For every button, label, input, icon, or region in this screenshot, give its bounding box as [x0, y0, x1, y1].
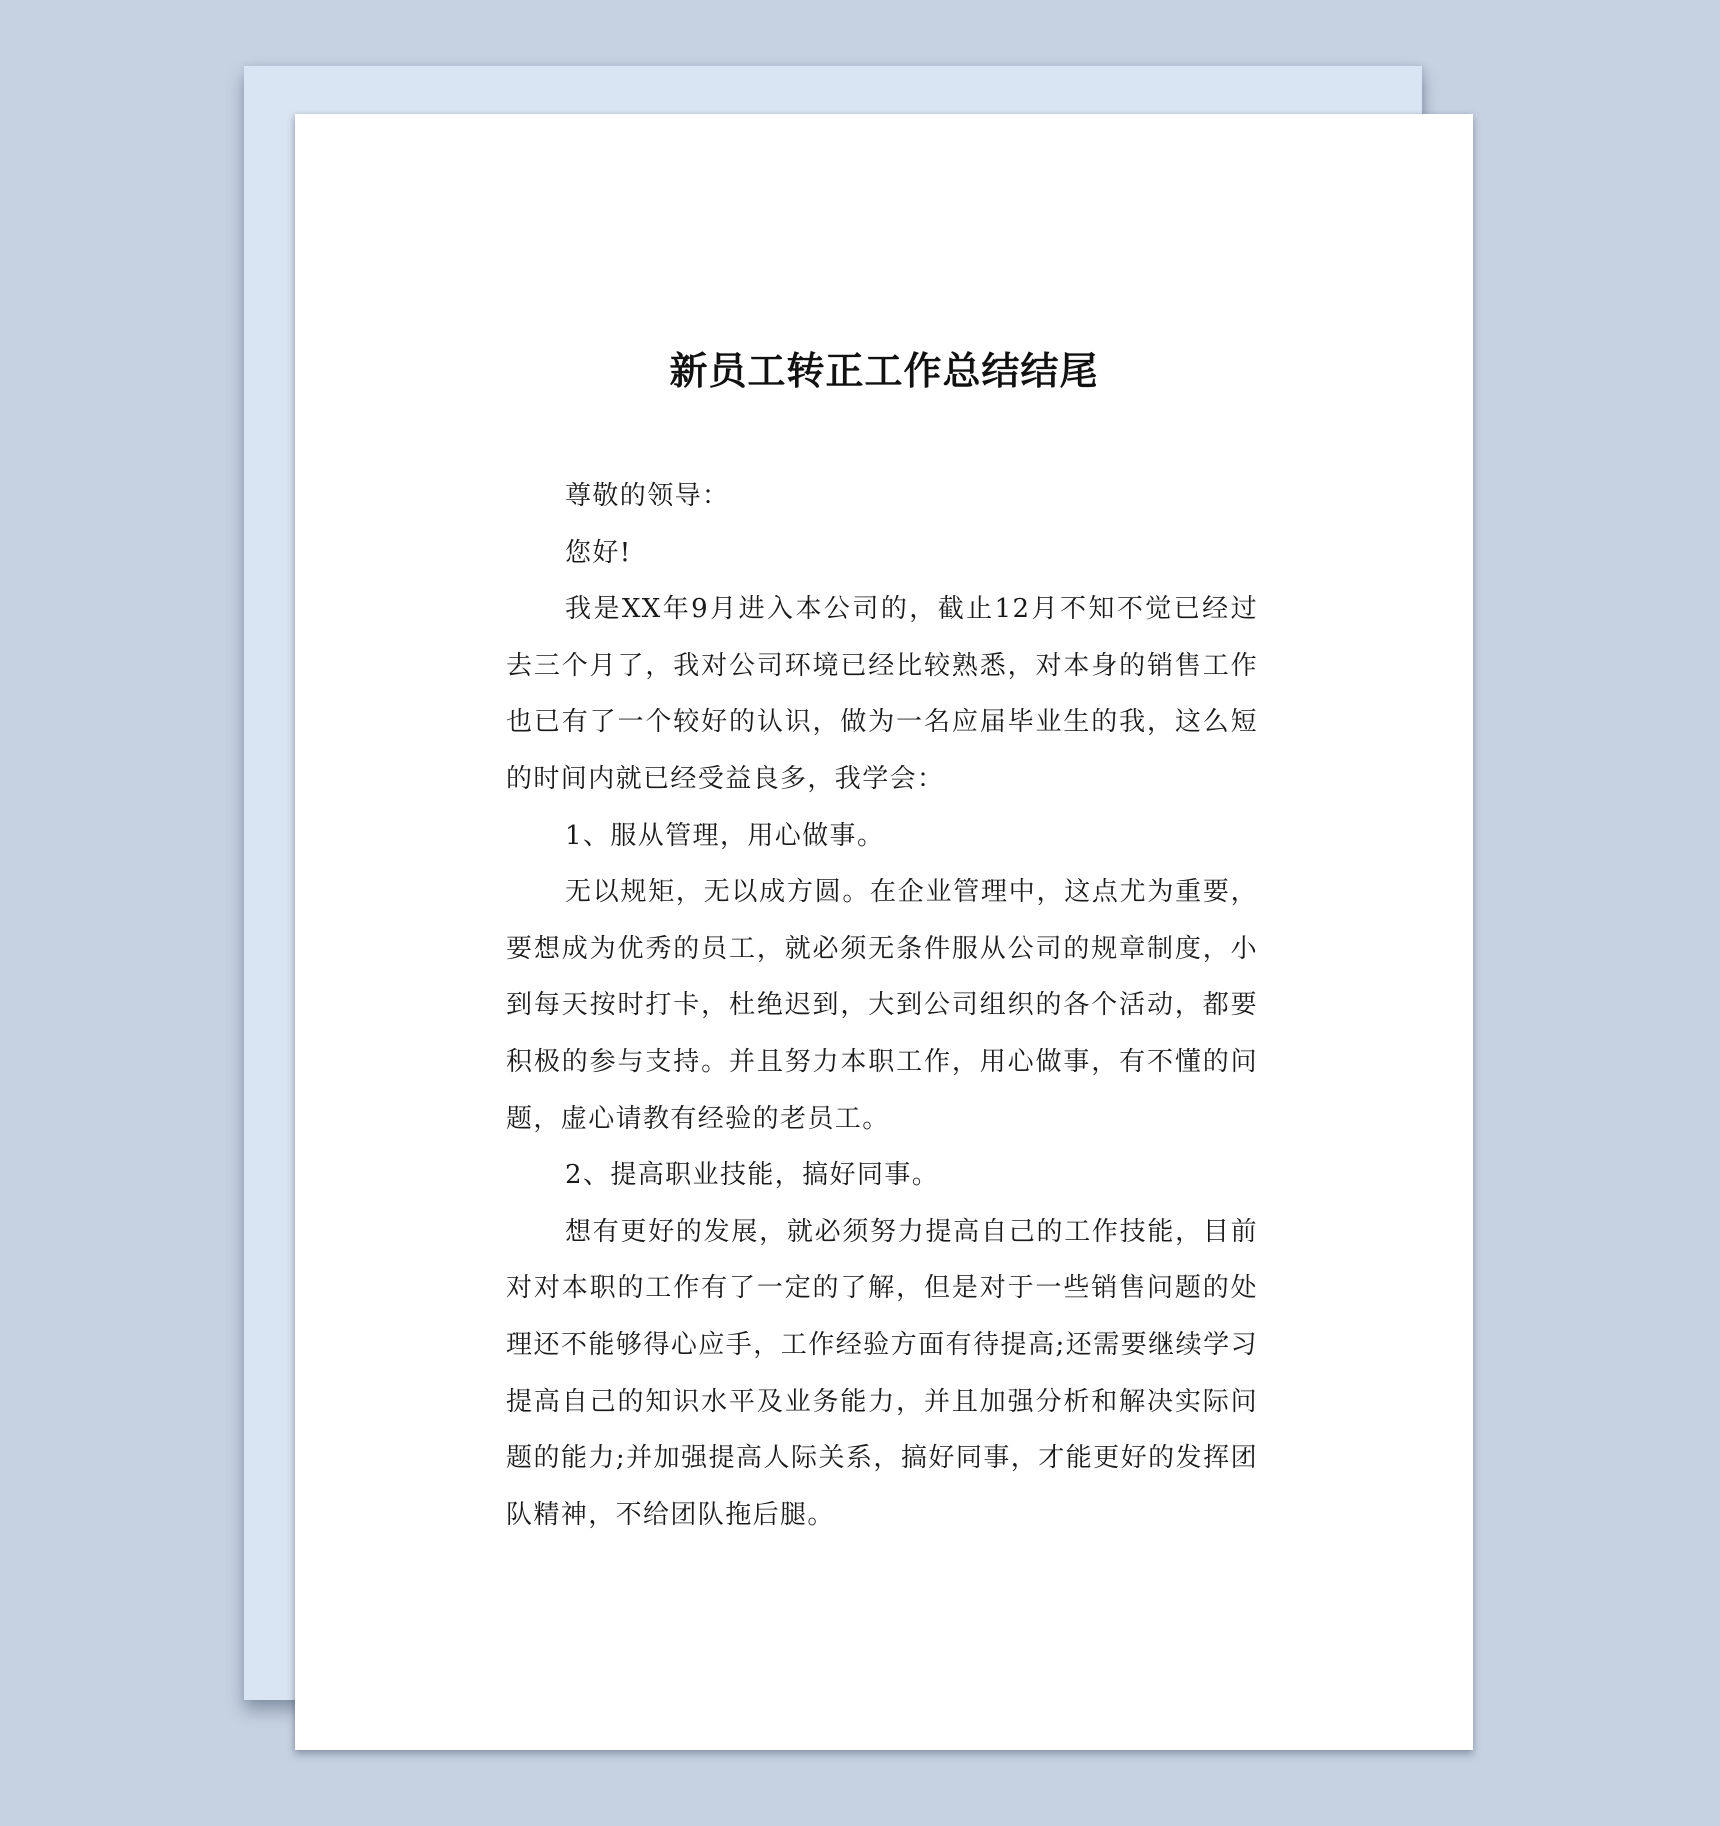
greeting: 您好! — [506, 525, 1258, 582]
paragraph-section-2: 想有更好的发展，就必须努力提高自己的工作技能，目前对对本职的工作有了一定的了解，… — [506, 1204, 1258, 1544]
section-heading-2: 2、提高职业技能，搞好同事。 — [506, 1147, 1258, 1204]
document-title: 新员工转正工作总结结尾 — [295, 340, 1473, 395]
paragraph-intro: 我是XX年9月进入本公司的，截止12月不知不觉已经过去三个月了，我对公司环境已经… — [506, 581, 1258, 807]
document-page: 新员工转正工作总结结尾 尊敬的领导： 您好! 我是XX年9月进入本公司的，截止1… — [295, 114, 1473, 1750]
paragraph-section-1: 无以规矩，无以成方圆。在企业管理中，这点尤为重要，要想成为优秀的员工，就必须无条… — [506, 864, 1258, 1147]
document-body: 尊敬的领导： 您好! 我是XX年9月进入本公司的，截止12月不知不觉已经过去三个… — [506, 468, 1258, 1543]
section-heading-1: 1、服从管理，用心做事。 — [506, 808, 1258, 865]
salutation: 尊敬的领导： — [506, 468, 1258, 525]
